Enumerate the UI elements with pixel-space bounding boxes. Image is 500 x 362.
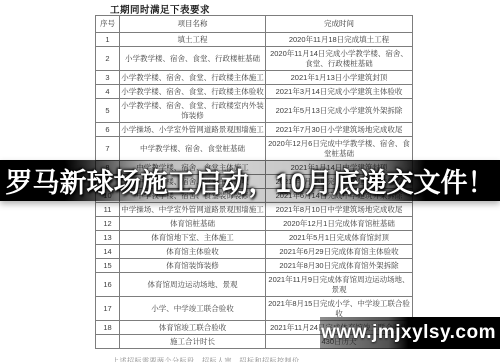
cell-row-number: 14 — [96, 245, 120, 259]
table-header-row: 序号 项目名称 完成时间 — [96, 16, 413, 33]
cell-row-number: 7 — [96, 137, 120, 161]
header-cell-no: 序号 — [96, 16, 120, 33]
watermark-url-text: www.jmjxylsy.com — [321, 322, 496, 344]
watermark: www.jmjxylsy.com — [320, 317, 500, 349]
cell-row-number: 11 — [96, 203, 120, 217]
bottom-note: 上述招标需要两个分标段、招标人审、招标和招标控制价 — [112, 356, 300, 362]
table-row: 6 小学操场、小学室外管网道路景观围墙施工 2021年7月30日小学建筑场地完成… — [96, 123, 413, 137]
table-row: 12 体育馆桩基础 2020年12月1日完成体育馆桩基础 — [96, 217, 413, 231]
cell-row-number: 12 — [96, 217, 120, 231]
cell-completion-time: 2020年11月18日完成填土工程 — [266, 33, 413, 47]
cell-completion-time: 2021年5月13日完成小学建筑外架拆除 — [266, 99, 413, 123]
cell-project-name: 体育馆周边运动场地、景观 — [120, 273, 266, 297]
cell-row-number: 17 — [96, 297, 120, 321]
cell-project-name: 体育馆竣工联合验收 — [120, 321, 266, 335]
table-row: 1 填土工程 2020年11月18日完成填土工程 — [96, 33, 413, 47]
cell-row-number: 18 — [96, 321, 120, 335]
cell-completion-time: 2021年11月9日完成体育馆周边运动场地、景观 — [266, 273, 413, 297]
header-cell-name: 项目名称 — [120, 16, 266, 33]
cell-project-name: 中学操场、中学室外管网道路景观围墙施工 — [120, 203, 266, 217]
cell-completion-time: 2021年8月30日完成体育馆外架拆除 — [266, 259, 413, 273]
cell-project-name: 小学操场、小学室外管网道路景观围墙施工 — [120, 123, 266, 137]
headline-banner-text: 罗马新球场施工启动，10月底递交文件！ — [5, 161, 494, 200]
cell-row-number: 6 — [96, 123, 120, 137]
header-cell-time: 完成时间 — [266, 16, 413, 33]
table-row: 4 小学教学楼、宿舍、食堂、行政楼主体验收 2021年3月14日完成小学建筑主体… — [96, 85, 413, 99]
table-row: 3 小学教学楼、宿舍、食堂、行政楼主体施工 2021年1月13日小学建筑封顶 — [96, 71, 413, 85]
page-title: 工期同时满足下表要求 — [110, 2, 210, 16]
cell-completion-time: 2021年3月14日完成小学建筑主体验收 — [266, 85, 413, 99]
cell-project-name: 体育馆地下室、主体施工 — [120, 231, 266, 245]
table-row: 16 体育馆周边运动场地、景观 2021年11月9日完成体育馆周边运动场地、景观 — [96, 273, 413, 297]
cell-completion-time: 2021年5月1日完成体育馆封顶 — [266, 231, 413, 245]
cell-row-number: 16 — [96, 273, 120, 297]
table-row: 15 体育馆装饰装修 2021年8月30日完成体育馆外架拆除 — [96, 259, 413, 273]
cell-completion-time: 2021年7月30日小学建筑场地完成收尾 — [266, 123, 413, 137]
cell-row-number: 1 — [96, 33, 120, 47]
cell-project-name: 小学教学楼、宿舍、食堂、行政楼桩基础 — [120, 47, 266, 71]
cell-completion-time: 2020年11月14日完成小学教学楼、宿舍、食堂、行政楼桩基础 — [266, 47, 413, 71]
cell-project-name: 体育馆装饰装修 — [120, 259, 266, 273]
cell-row-number — [96, 335, 120, 349]
cell-project-name: 小学教学楼、宿舍、食堂、行政楼主体验收 — [120, 85, 266, 99]
table-row: 13 体育馆地下室、主体施工 2021年5月1日完成体育馆封顶 — [96, 231, 413, 245]
cell-completion-time: 2020年12月1日完成体育馆桩基础 — [266, 217, 413, 231]
cell-project-name: 体育馆桩基础 — [120, 217, 266, 231]
cell-row-number: 5 — [96, 99, 120, 123]
cell-row-number: 15 — [96, 259, 120, 273]
cell-completion-time: 2021年6月29日完成体育馆主体验收 — [266, 245, 413, 259]
cell-project-name: 施工合计时长 — [120, 335, 266, 349]
cell-project-name: 体育馆主体验收 — [120, 245, 266, 259]
table-row: 11 中学操场、中学室外管网道路景观围墙施工 2021年8月10日中学建筑场地完… — [96, 203, 413, 217]
cell-project-name: 小学教学楼、宿舍、食堂、行政楼室内外装饰装修 — [120, 99, 266, 123]
document-page: 工期同时满足下表要求 序号 项目名称 完成时间 1 填土工程 2020年11月1… — [0, 0, 500, 362]
cell-completion-time: 2021年8月10日中学建筑场地完成收尾 — [266, 203, 413, 217]
cell-row-number: 3 — [96, 71, 120, 85]
cell-project-name: 小学、中学竣工联合验收 — [120, 297, 266, 321]
table-row: 2 小学教学楼、宿舍、食堂、行政楼桩基础 2020年11月14日完成小学教学楼、… — [96, 47, 413, 71]
cell-completion-time: 2020年12月6日完成中学教学楼、宿舍、食堂桩基础 — [266, 137, 413, 161]
table-row: 7 中学教学楼、宿舍、食堂桩基础 2020年12月6日完成中学教学楼、宿舍、食堂… — [96, 137, 413, 161]
cell-completion-time: 2021年1月13日小学建筑封顶 — [266, 71, 413, 85]
table-row: 5 小学教学楼、宿舍、食堂、行政楼室内外装饰装修 2021年5月13日完成小学建… — [96, 99, 413, 123]
table-row: 14 体育馆主体验收 2021年6月29日完成体育馆主体验收 — [96, 245, 413, 259]
cell-row-number: 2 — [96, 47, 120, 71]
headline-banner: 罗马新球场施工启动，10月底递交文件！ — [0, 160, 500, 201]
cell-project-name: 填土工程 — [120, 33, 266, 47]
cell-project-name: 中学教学楼、宿舍、食堂桩基础 — [120, 137, 266, 161]
cell-project-name: 小学教学楼、宿舍、食堂、行政楼主体施工 — [120, 71, 266, 85]
cell-row-number: 13 — [96, 231, 120, 245]
cell-row-number: 4 — [96, 85, 120, 99]
